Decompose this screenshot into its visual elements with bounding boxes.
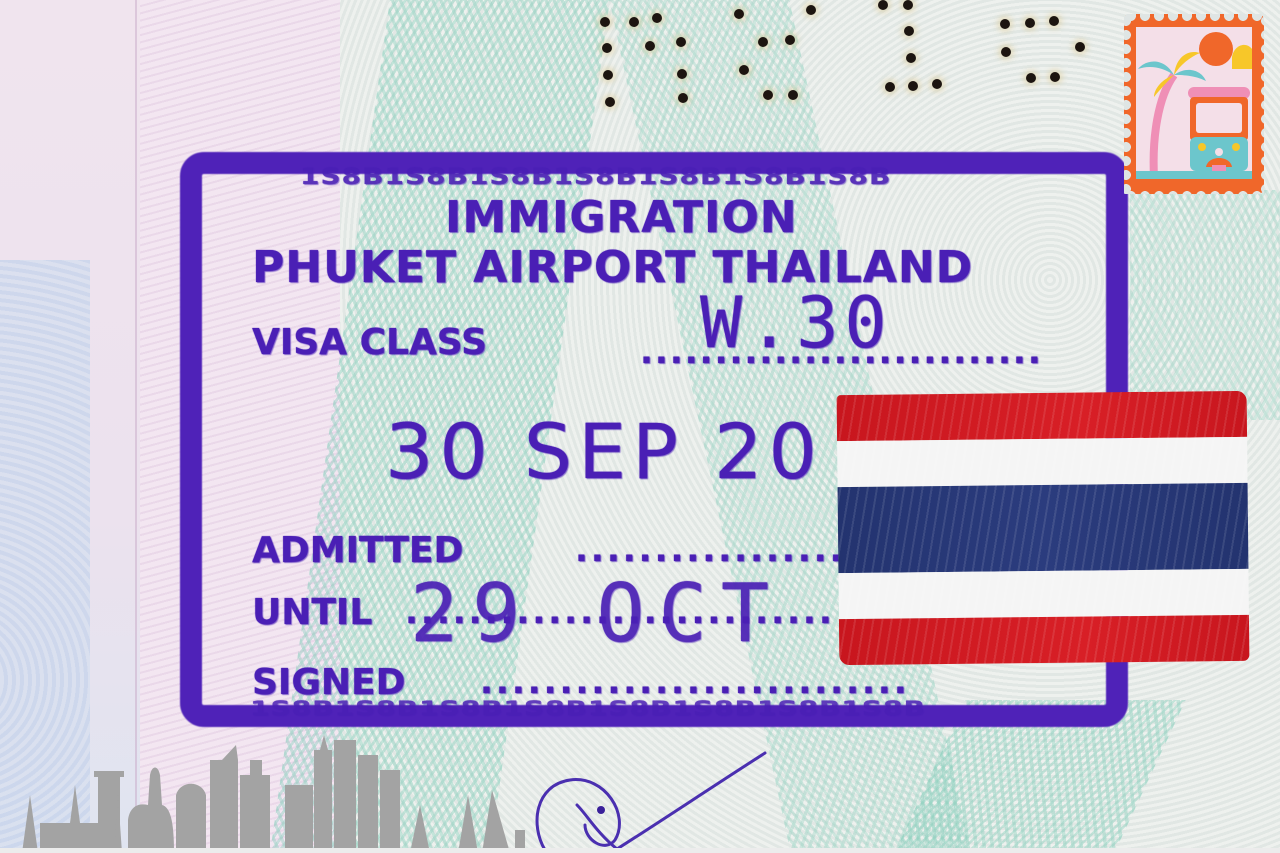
passport-scene: 1S8B1S8B1S8B1S8B1S8B1S8B1S8B IMMIGRATION… [0, 0, 1280, 853]
stamp-serial-bottom: 1S8B1S8B1S8B1S8B1S8B1S8B1S8B1S8B [250, 697, 926, 720]
perforation-dot [605, 97, 615, 107]
perforation-dot [1075, 42, 1085, 52]
bangkok-skyline-icon [0, 735, 560, 853]
perforation-dot [885, 82, 895, 92]
perforation-dot [758, 37, 768, 47]
signature-icon [525, 745, 785, 853]
perforation-dot [1000, 19, 1010, 29]
perforation-dot [602, 43, 612, 53]
perforation-dot [785, 35, 795, 45]
perforation-dot [677, 69, 687, 79]
visa-class-value: W.30 [700, 282, 893, 364]
perforation-dot [906, 53, 916, 63]
until-date: 29 OCT [410, 567, 783, 660]
perforation-dot [904, 26, 914, 36]
perforation-dot [645, 41, 655, 51]
perforation-dot [739, 65, 749, 75]
perforation-dot [1025, 18, 1035, 28]
entry-date: 30 SEP 20 [385, 407, 823, 496]
perforation-dot [600, 17, 610, 27]
perforation-dot [603, 70, 613, 80]
perforation-dot [1050, 72, 1060, 82]
stamp-serial-top: 1S8B1S8B1S8B1S8B1S8B1S8B1S8B [300, 163, 891, 189]
perforation-dot [806, 5, 816, 15]
perforation-dot [763, 90, 773, 100]
thai-flag-icon [837, 391, 1250, 665]
perforation-dot [788, 90, 798, 100]
perforation-dot [903, 0, 913, 10]
flag-brush-texture [837, 391, 1250, 665]
tuk-tuk-icon [1136, 27, 1252, 179]
perforation-dot [908, 81, 918, 91]
admitted-label: ADMITTED [252, 530, 463, 571]
until-label: UNTIL [252, 592, 372, 633]
perforation-dot [1026, 73, 1036, 83]
perforation-dot [1001, 47, 1011, 57]
perforation-dot [676, 37, 686, 47]
passport-fold [135, 0, 137, 853]
perforation-dot [932, 79, 942, 89]
bottom-strip [0, 848, 1280, 853]
perforation-dot [652, 13, 662, 23]
perforation-dot [629, 17, 639, 27]
perforation-dot [678, 93, 688, 103]
visa-class-label: VISA CLASS [252, 322, 487, 363]
postage-stamp-icon [1136, 27, 1252, 179]
stamp-title: IMMIGRATION [445, 192, 798, 243]
perforation-dot [878, 0, 888, 10]
perforation-dot [734, 9, 744, 19]
security-pattern [1130, 190, 1280, 420]
perforation-dot [1049, 16, 1059, 26]
